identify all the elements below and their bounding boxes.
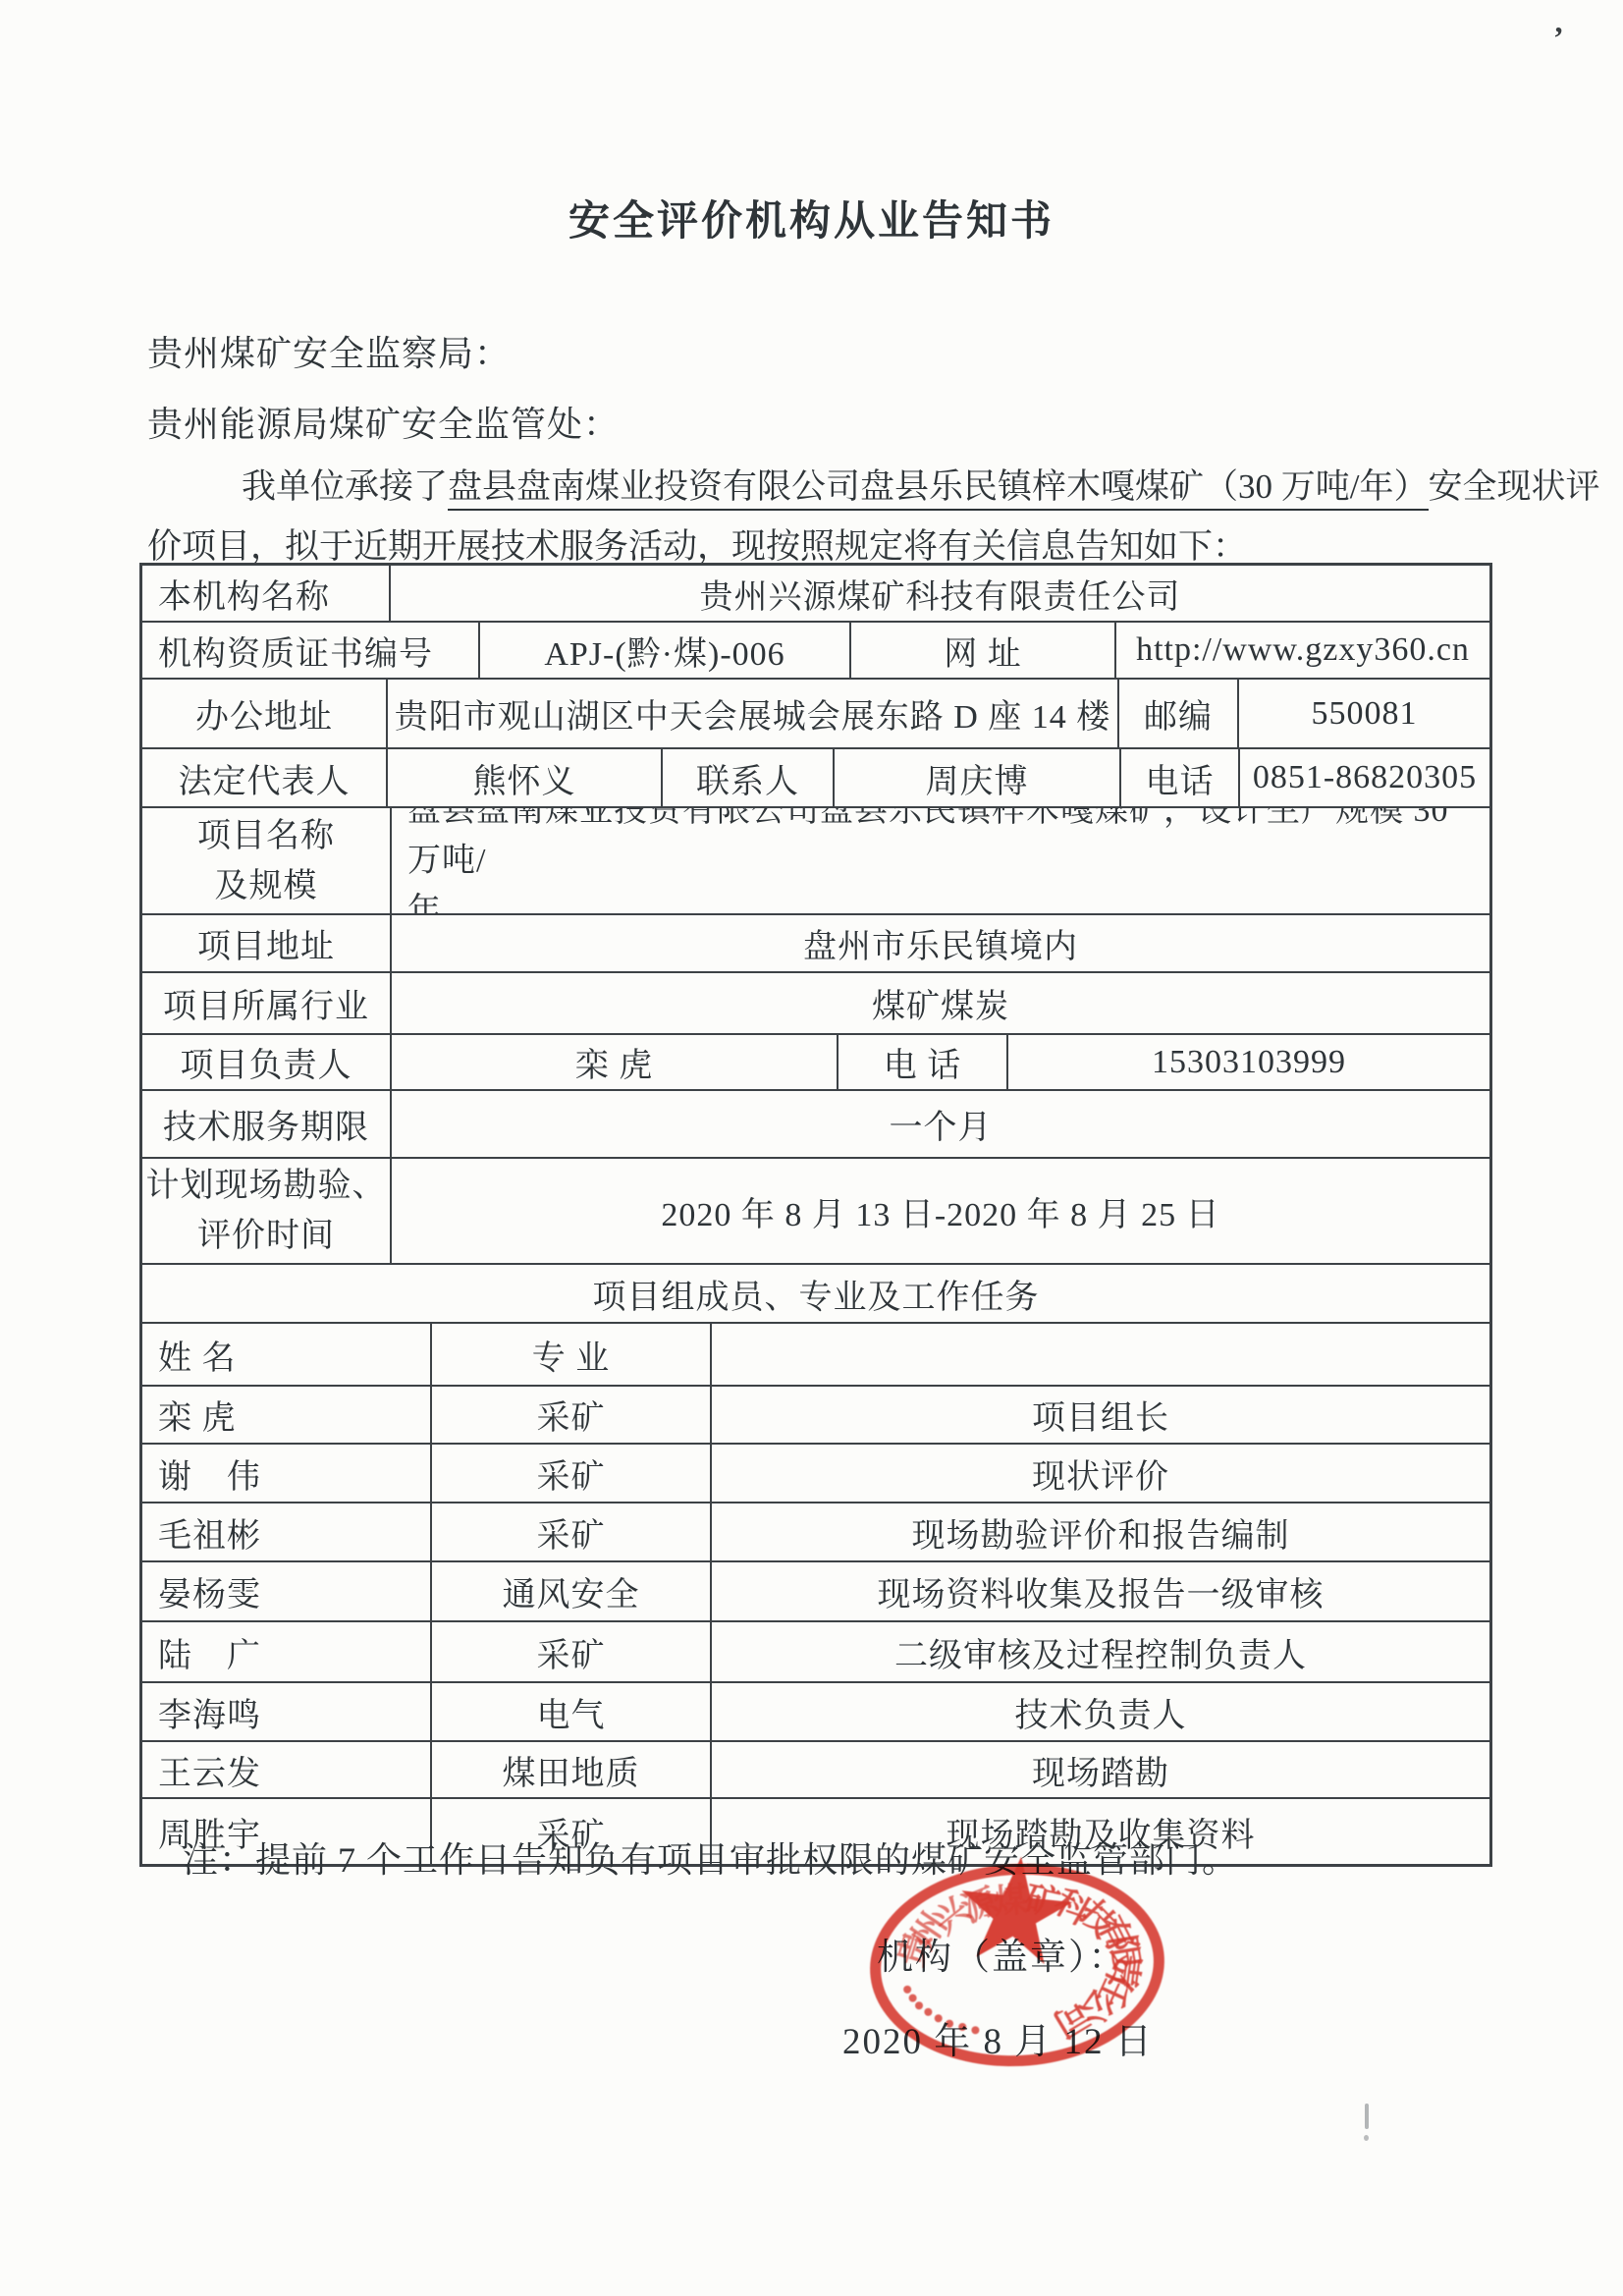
member-task: 现状评价 xyxy=(712,1445,1489,1502)
cell-major-column-header: 专 业 xyxy=(432,1324,712,1385)
recipient-line-1: 贵州煤矿安全监察局： xyxy=(147,326,511,376)
member-name: 栾 虎 xyxy=(142,1387,432,1443)
project-label-line2: 及规模 xyxy=(215,861,318,911)
row-office-address: 办公地址 贵阳市观山湖区中天会展城会展东路 D 座 14 楼 邮编 550081 xyxy=(142,678,1489,747)
cell-contact-value: 周庆博 xyxy=(835,749,1121,806)
cell-leader-phone-label: 电 话 xyxy=(839,1035,1008,1089)
seal-dot xyxy=(915,2001,923,2009)
seal-dot xyxy=(903,1986,911,1994)
member-row: 栾 虎 采矿 项目组长 xyxy=(142,1385,1489,1443)
cell-schedule-label: 计划现场勘验、 评价时间 xyxy=(142,1159,392,1263)
schedule-label-line1: 计划现场勘验、 xyxy=(146,1161,387,1211)
cell-project-label: 项目名称 及规模 xyxy=(142,808,392,913)
cell-cert-number: APJ-(黔·煤)-006 xyxy=(480,623,851,678)
member-name: 陆 广 xyxy=(142,1622,432,1681)
cell-duration-value: 一个月 xyxy=(392,1091,1489,1157)
intro-underlined-project: 盘县盘南煤业投资有限公司盘县乐民镇梓木嘎煤矿（30 万吨/年） xyxy=(448,467,1428,511)
member-row: 陆 广 采矿 二级审核及过程控制负责人 xyxy=(142,1620,1489,1681)
row-certificate: 机构资质证书编号 APJ-(黔·煤)-006 网 址 http://www.gz… xyxy=(142,621,1489,678)
cell-duration-label: 技术服务期限 xyxy=(142,1091,392,1157)
cell-leader-label: 项目负责人 xyxy=(142,1035,392,1089)
scan-speck-dot xyxy=(1364,2135,1369,2141)
cell-office-label: 办公地址 xyxy=(142,680,388,747)
cell-members-header: 项目组成员、专业及工作任务 xyxy=(142,1265,1489,1322)
row-org-name: 本机构名称 贵州兴源煤矿科技有限责任公司 xyxy=(142,566,1489,621)
project-desc-line1: 盘县盘南煤业投资有限公司盘县乐民镇梓木嘎煤矿，设计生产规模 30 万吨/ xyxy=(407,808,1489,886)
cell-postcode-value: 550081 xyxy=(1239,680,1489,747)
row-column-headers: 姓 名 专 业 xyxy=(142,1322,1489,1385)
cell-leader-name: 栾 虎 xyxy=(392,1035,839,1089)
seal-dot xyxy=(958,2023,966,2031)
notification-table: 本机构名称 贵州兴源煤矿科技有限责任公司 机构资质证书编号 APJ-(黔·煤)-… xyxy=(139,563,1492,1867)
cell-website-label: 网 址 xyxy=(851,623,1116,678)
cell-project-site-label: 项目地址 xyxy=(142,915,392,971)
scanned-document-page: { "marks": { "corner": "’" }, "document"… xyxy=(0,0,1623,2296)
cell-contact-label: 联系人 xyxy=(663,749,835,806)
seal-dot xyxy=(971,2027,979,2035)
cell-legal-rep-value: 熊怀义 xyxy=(388,749,663,806)
intro-paragraph-line-2: 价项目，拟于近期开展技术服务活动，现按照规定将有关信息告知如下： xyxy=(147,519,1247,569)
cell-office-address: 贵阳市观山湖区中天会展城会展东路 D 座 14 楼 xyxy=(388,680,1119,747)
cell-industry-label: 项目所属行业 xyxy=(142,973,392,1033)
member-major: 采矿 xyxy=(432,1445,712,1502)
member-name: 毛祖彬 xyxy=(142,1503,432,1560)
cell-postcode-label: 邮编 xyxy=(1119,680,1239,747)
seal-dot xyxy=(924,2008,932,2016)
cell-website-value: http://www.gzxy360.cn xyxy=(1116,623,1489,678)
project-label-line1: 项目名称 xyxy=(197,811,335,861)
member-name: 晏杨雯 xyxy=(142,1562,432,1620)
recipient-line-2: 贵州能源局煤矿安全监管处： xyxy=(147,397,620,447)
row-members-header: 项目组成员、专业及工作任务 xyxy=(142,1263,1489,1322)
member-row: 谢 伟 采矿 现状评价 xyxy=(142,1443,1489,1502)
member-name: 谢 伟 xyxy=(142,1445,432,1502)
cell-phone-label: 电话 xyxy=(1121,749,1240,806)
seal-dot xyxy=(946,2019,953,2027)
member-row: 毛祖彬 采矿 现场勘验评价和报告编制 xyxy=(142,1502,1489,1560)
row-schedule: 计划现场勘验、 评价时间 2020 年 8 月 13 日-2020 年 8 月 … xyxy=(142,1157,1489,1263)
document-title: 安全评价机构从业告知书 xyxy=(0,189,1623,247)
cell-project-site-value: 盘州市乐民镇境内 xyxy=(392,915,1489,971)
member-row: 李海鸣 电气 技术负责人 xyxy=(142,1681,1489,1740)
cell-name-column-header: 姓 名 xyxy=(142,1324,432,1385)
member-major: 通风安全 xyxy=(432,1562,712,1620)
project-desc-line2: 年。 xyxy=(407,886,476,913)
intro-suffix: 安全现状评 xyxy=(1429,467,1600,506)
cell-cert-label: 机构资质证书编号 xyxy=(142,623,480,678)
member-major: 煤田地质 xyxy=(432,1742,712,1797)
member-task: 现场勘验评价和报告编制 xyxy=(712,1503,1489,1560)
row-project-site: 项目地址 盘州市乐民镇境内 xyxy=(142,913,1489,971)
member-task: 技术负责人 xyxy=(712,1683,1489,1740)
seal-dot xyxy=(908,1994,916,2001)
row-project-leader: 项目负责人 栾 虎 电 话 15303103999 xyxy=(142,1033,1489,1089)
scan-artifact-mark: ’ xyxy=(1553,20,1564,56)
cell-legal-rep-label: 法定代表人 xyxy=(142,749,388,806)
row-project-name-scale: 项目名称 及规模 盘县盘南煤业投资有限公司盘县乐民镇梓木嘎煤矿，设计生产规模 3… xyxy=(142,806,1489,913)
schedule-label-line2: 评价时间 xyxy=(197,1211,335,1261)
member-task: 现场踏勘 xyxy=(712,1742,1489,1797)
member-task: 二级审核及过程控制负责人 xyxy=(712,1622,1489,1681)
intro-paragraph-line-1: 我单位承接了盘县盘南煤业投资有限公司盘县乐民镇梓木嘎煤矿（30 万吨/年）安全现… xyxy=(147,460,1600,509)
member-row: 王云发 煤田地质 现场踏勘 xyxy=(142,1740,1489,1797)
member-major: 采矿 xyxy=(432,1387,712,1443)
cell-org-name-label: 本机构名称 xyxy=(142,566,391,621)
row-legal-representative: 法定代表人 熊怀义 联系人 周庆博 电话 0851-86820305 xyxy=(142,747,1489,806)
member-major: 电气 xyxy=(432,1683,712,1740)
cell-org-name-value: 贵州兴源煤矿科技有限责任公司 xyxy=(391,566,1489,621)
cell-leader-phone-value: 15303103999 xyxy=(1008,1035,1489,1089)
cell-project-description: 盘县盘南煤业投资有限公司盘县乐民镇梓木嘎煤矿，设计生产规模 30 万吨/ 年。 xyxy=(392,808,1489,913)
member-task: 现场资料收集及报告一级审核 xyxy=(712,1562,1489,1620)
seal-ring-text: 贵州兴源煤矿科技有限责任公司 xyxy=(865,1856,1169,2073)
member-major: 采矿 xyxy=(432,1503,712,1560)
cell-schedule-value: 2020 年 8 月 13 日-2020 年 8 月 25 日 xyxy=(392,1159,1489,1263)
row-service-duration: 技术服务期限 一个月 xyxy=(142,1089,1489,1157)
member-task: 项目组长 xyxy=(712,1387,1489,1443)
cell-task-column-header xyxy=(712,1324,1489,1385)
company-seal: 贵州兴源煤矿科技有限责任公司 xyxy=(865,1856,1169,2073)
scan-speck xyxy=(1365,2104,1369,2129)
member-name: 李海鸣 xyxy=(142,1683,432,1740)
row-industry: 项目所属行业 煤矿煤炭 xyxy=(142,971,1489,1033)
cell-phone-value: 0851-86820305 xyxy=(1240,749,1489,806)
member-major: 采矿 xyxy=(432,1622,712,1681)
intro-prefix: 我单位承接了 xyxy=(242,467,448,506)
member-name: 王云发 xyxy=(142,1742,432,1797)
seal-dot xyxy=(934,2014,942,2022)
cell-industry-value: 煤矿煤炭 xyxy=(392,973,1489,1033)
member-row: 晏杨雯 通风安全 现场资料收集及报告一级审核 xyxy=(142,1560,1489,1620)
